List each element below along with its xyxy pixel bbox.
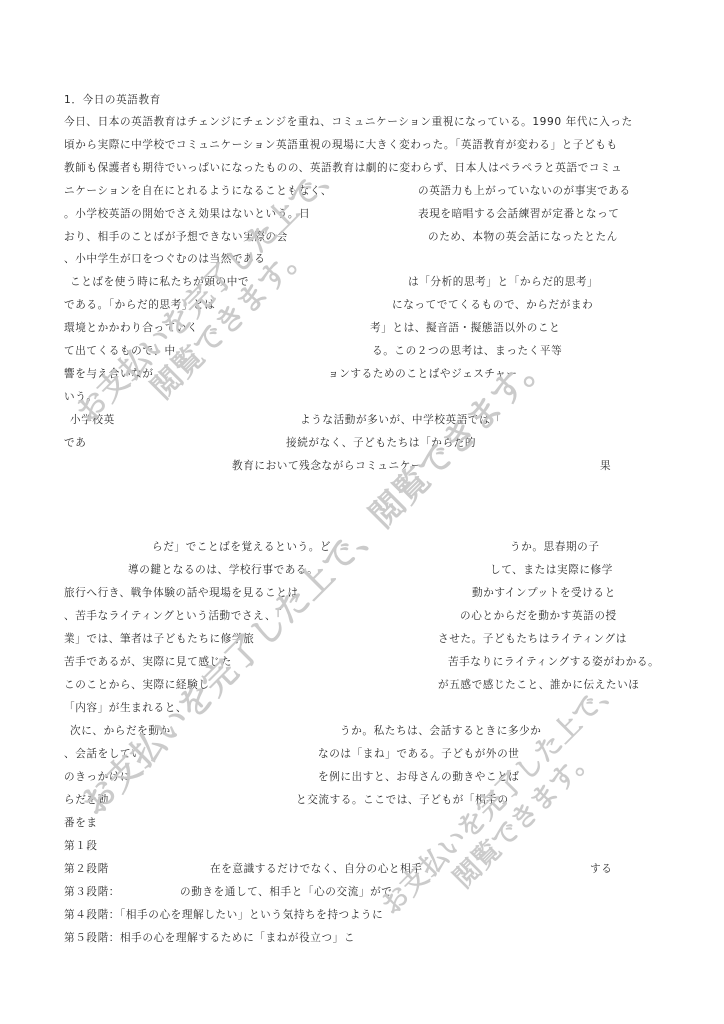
text-line: 導の鍵となるのは、学校行事である。 [128, 563, 318, 577]
text-line: ョンするためのことばやジェスチャー [328, 367, 518, 381]
text-line: 苦手なりにライティングする姿がわかる。 [448, 655, 659, 669]
text-line: を例に出すと、お母さんの動きやことば [318, 770, 520, 784]
text-line: おり、相手のことばが予想できない実際の会 [64, 230, 288, 244]
text-line: 業」では、筆者は子どもたちに修学旅 [64, 632, 254, 646]
text-line: 、小中学生が口をつぐむのは当然である [64, 252, 266, 266]
text-line: して、または実際に修学 [490, 563, 613, 577]
text-line: 第４段階：「相手の心を理解したい」という気持ちを持つように [64, 908, 383, 922]
text-line: 。小学校英語の開始でさえ効果はないという。日 [64, 207, 310, 221]
text-line: 第２段階 [64, 862, 109, 876]
text-line: うか。私たちは、会話するときに多少か [340, 724, 542, 738]
document-page: 1．今日の英語教育今日、日本の英語教育はチェンジにチェンジを重ね、コミュニケーシ… [0, 0, 724, 1024]
text-line: のため、本物の英会話になったとたん [428, 230, 618, 244]
text-line: の心とからだを動かす英語の授 [460, 609, 617, 623]
text-line: の英語力も上がっていないのが事実である [418, 184, 631, 198]
text-line: 、苦手なライティングという活動でさえ、「 [64, 609, 282, 623]
text-line: 「内容」が生まれると、 [64, 701, 187, 715]
text-line: 苦手であるが、実際に見て感じた [64, 655, 232, 669]
text-line: 表現を暗唱する会話練習が定番となって [418, 207, 620, 221]
text-line: 次に、からだを動か [70, 724, 171, 738]
text-line: する [590, 862, 612, 876]
text-line: である。「からだ的思考」とは [64, 298, 215, 312]
text-line: ことばを使う時に私たちが頭の中で [70, 275, 249, 289]
text-line: 考」とは、擬音語・擬態語以外のこと [370, 321, 560, 335]
text-line: ような活動が多いが、中学校英語では「 [300, 413, 502, 427]
text-line: 第１段 [64, 839, 98, 853]
text-line: 旅行へ行き、戦争体験の話や現場を見ることは [64, 586, 299, 600]
text-line: らだ」でことばを覚えるという。ど [152, 540, 331, 554]
text-line: 、会話をしてい [64, 747, 142, 761]
text-line: 動かすインプットを受けると [472, 586, 616, 600]
text-line: 第５段階：相手の心を理解するために「まねが役立つ」こ [64, 931, 355, 945]
text-line: と交流する。ここでは、子どもが「相手の [296, 793, 509, 807]
text-line: る。この２つの思考は、まったく平等 [372, 344, 562, 358]
text-line: らだを動 [64, 793, 109, 807]
text-line: 頃から実際に中学校でコミュニケーション英語重視の現場に大きく変わった。「英語教育… [64, 138, 618, 152]
text-line: になってでてくるもので、からだがまわ [392, 298, 593, 312]
text-line: させた。子どもたちはライティングは [438, 632, 627, 646]
text-line: 小学校英 [70, 413, 115, 427]
watermark-bottom: お支払いを完了した上で、 閲覧できます。 [375, 671, 649, 945]
text-line: 在を意識するだけでなく、自分の心と相手 [210, 862, 422, 876]
text-line: 番をま [64, 816, 98, 830]
text-line: て出てくるもので、中 [64, 344, 176, 358]
text-line: 今日、日本の英語教育はチェンジにチェンジを重ね、コミュニケーション重視になってい… [64, 115, 633, 129]
text-line: このことから、実際に経験し [64, 678, 210, 692]
text-line: うか。思春期の子 [510, 540, 600, 554]
text-line: 環境とかかわり合っていく [64, 321, 198, 335]
text-line: 果 [600, 459, 611, 473]
text-line: の動きを通して、相手と「心の交流」がで [180, 885, 392, 899]
text-line: なのは「まね」である。子どもが外の世 [318, 747, 520, 761]
section-heading: 1．今日の英語教育 [64, 93, 161, 107]
text-line: のきっかけに [64, 770, 131, 784]
text-line: は「分析的思考」と「からだ的思考」 [408, 275, 598, 289]
text-line: が五感で感じたこと、誰かに伝えたいほ [438, 678, 640, 692]
text-line: 第３段階： [64, 885, 120, 899]
text-line: いう。 [64, 390, 98, 404]
text-line: 教師も保護者も期待でいっぱいになったものの、英語教育は劇的に変わらず、日本人はペ… [64, 161, 622, 175]
text-line: 響を与え合いなが [64, 367, 154, 381]
text-line: ニケーションを自在にとれるようになることもなく、 [64, 184, 332, 198]
text-line: であ [64, 436, 86, 450]
text-line: 接続がなく、子どもたちは「からだ的 [286, 436, 476, 450]
text-line: 教育において残念ながらコミュニケー [232, 459, 422, 473]
